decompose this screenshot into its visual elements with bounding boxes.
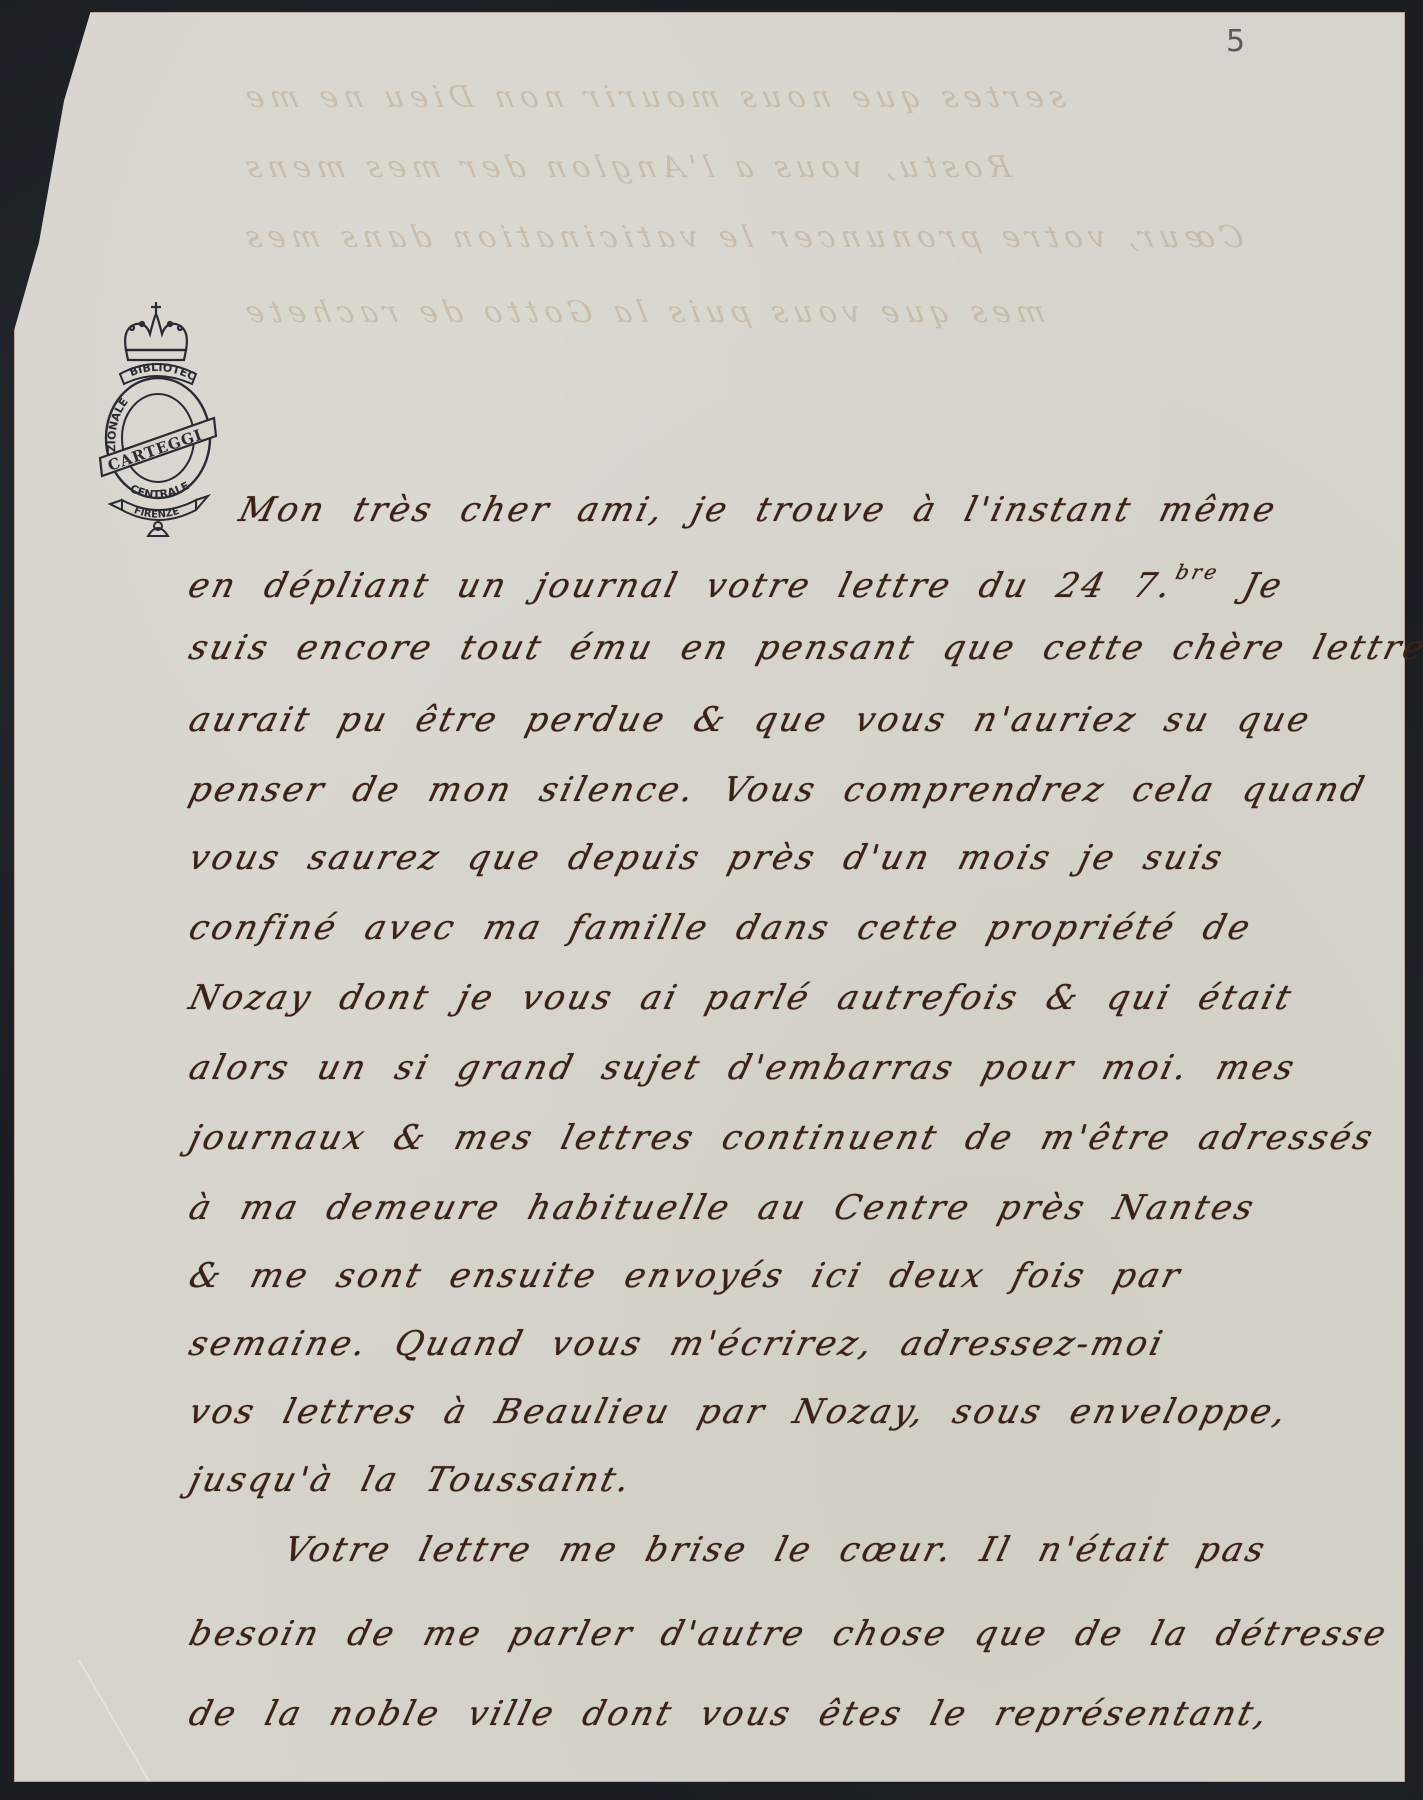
letter-line: vos lettres à Beaulieu par Nozay, sous e…	[185, 1392, 1293, 1432]
letter-line: journaux & mes lettres continuent de m'ê…	[185, 1118, 1379, 1158]
letter-line: de la noble ville dont vous êtes le repr…	[185, 1694, 1274, 1734]
letter-line: semaine. Quand vous m'écrirez, adressez-…	[185, 1324, 1169, 1364]
letter-line: aurait pu être perdue & que vous n'aurie…	[185, 700, 1316, 740]
letter-line: besoin de me parler d'autre chose que de…	[185, 1614, 1393, 1654]
letter-line: confiné avec ma famille dans cette propr…	[185, 908, 1257, 948]
letter-line: penser de mon silence. Vous comprendrez …	[185, 770, 1371, 810]
superscript-bre: bre	[1173, 560, 1222, 584]
letter-line: jusqu'à la Toussaint.	[185, 1460, 637, 1500]
letter-line-text: en dépliant un journal votre lettre du 2…	[184, 566, 1177, 606]
letter-line: à ma demeure habituelle au Centre près N…	[185, 1188, 1260, 1228]
letter-line: suis encore tout ému en pensant que cett…	[185, 628, 1423, 668]
letter-line: vous saurez que depuis près d'un mois je…	[185, 838, 1229, 878]
letter-body: Mon très cher ami, je trouve à l'instant…	[0, 0, 1423, 1800]
letter-line: en dépliant un journal votre lettre du 2…	[184, 560, 1290, 606]
letter-line: Mon très cher ami, je trouve à l'instant…	[235, 490, 1282, 530]
letter-line: Nozay dont je vous ai parlé autrefois & …	[185, 978, 1298, 1018]
letter-line: alors un si grand sujet d'embarras pour …	[185, 1048, 1301, 1088]
letter-line-tail: Je	[1211, 566, 1289, 606]
letter-line: Votre lettre me brise le cœur. Il n'étai…	[280, 1530, 1271, 1570]
letter-line: & me sont ensuite envoyés ici deux fois …	[185, 1256, 1186, 1296]
